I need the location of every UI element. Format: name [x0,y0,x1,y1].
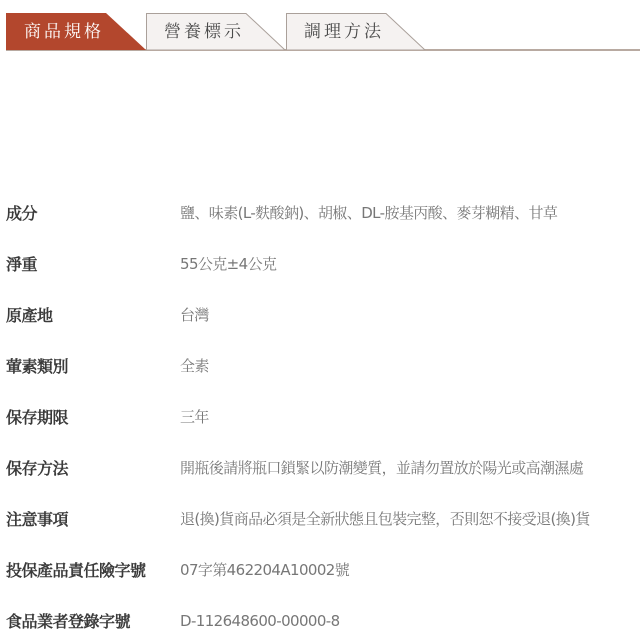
spec-row-food-registration: 食品業者登錄字號 D-112648600-00000-8 [0,596,640,640]
tab-label: 商品規格 [24,13,104,50]
spec-value: 三年 [180,392,209,443]
spec-value: 退(換)貨商品必須是全新狀態且包裝完整，否則恕不接受退(換)貨 [180,494,590,545]
spec-row-ingredients: 成分 鹽、味素(L-麩酸鈉)、胡椒、DL-胺基丙酸、麥芽糊精、甘草 [0,188,640,239]
spec-value: 台灣 [180,290,209,341]
tab-cooking-method[interactable]: 調理方法 [286,13,426,50]
tab-label: 營養標示 [164,13,244,50]
spec-value: 鹽、味素(L-麩酸鈉)、胡椒、DL-胺基丙酸、麥芽糊精、甘草 [180,188,557,239]
tab-product-specs[interactable]: 商品規格 [6,13,146,50]
spec-row-storage: 保存方法 開瓶後請將瓶口鎖緊以防潮變質，並請勿置放於陽光或高潮濕處 [0,443,640,494]
spec-label: 投保產品責任險字號 [6,545,146,596]
spec-value: 開瓶後請將瓶口鎖緊以防潮變質，並請勿置放於陽光或高潮濕處 [180,443,583,494]
product-spec-table: 成分 鹽、味素(L-麩酸鈉)、胡椒、DL-胺基丙酸、麥芽糊精、甘草 淨重 55公… [0,188,640,640]
spec-row-insurance-number: 投保產品責任險字號 07字第462204A10002號 [0,545,640,596]
tab-bar: 商品規格 營養標示 調理方法 [6,13,640,50]
spec-row-net-weight: 淨重 55公克±4公克 [0,239,640,290]
spec-label: 食品業者登錄字號 [6,596,130,640]
spec-label: 保存期限 [6,392,68,443]
spec-value: 全素 [180,341,209,392]
spec-label: 成分 [6,188,37,239]
spec-label: 注意事項 [6,494,68,545]
spec-label: 保存方法 [6,443,68,494]
spec-label: 葷素類別 [6,341,68,392]
tab-nutrition-facts[interactable]: 營養標示 [146,13,286,50]
spec-row-shelf-life: 保存期限 三年 [0,392,640,443]
spec-label: 淨重 [6,239,37,290]
spec-value: 55公克±4公克 [180,239,276,290]
spec-row-notes: 注意事項 退(換)貨商品必須是全新狀態且包裝完整，否則恕不接受退(換)貨 [0,494,640,545]
tab-label: 調理方法 [304,13,384,50]
spec-row-diet-type: 葷素類別 全素 [0,341,640,392]
spec-value: D-112648600-00000-8 [180,596,340,640]
spec-row-origin: 原產地 台灣 [0,290,640,341]
spec-label: 原產地 [6,290,53,341]
spec-value: 07字第462204A10002號 [180,545,349,596]
